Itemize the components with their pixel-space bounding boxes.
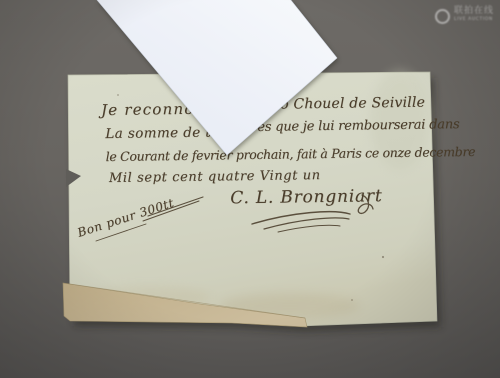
watermark-line2: LIVE AUCTION [454,18,494,23]
watermark-text: 联拍在线 LIVE AUCTION [454,7,494,22]
manuscript-line2-right: res que je lui rembourserai dans [251,117,459,135]
marginal-note: Bon pour 300tt [76,196,176,240]
signature: C. L. Brongniart [230,186,383,208]
manuscript-line2-left: La somme de trois [105,124,238,142]
manuscript-line3: le Courant de fevrier prochain, fait à P… [106,144,476,164]
manuscript-line1-right: uo Chouel de Seiville [271,95,425,113]
ring-logo-icon [435,9,450,24]
watermark-line1: 联拍在线 [454,7,494,16]
photo-scene: Je reconnois uo Chouel de Seiville La so… [0,0,500,378]
watermark: 联拍在线 LIVE AUCTION [435,7,494,24]
manuscript-line1-left: Je reconnois [101,100,210,120]
manuscript-line4: Mil sept cent quatre Vingt un [109,168,321,186]
manuscript-text: Je reconnois uo Chouel de Seiville La so… [0,0,500,378]
